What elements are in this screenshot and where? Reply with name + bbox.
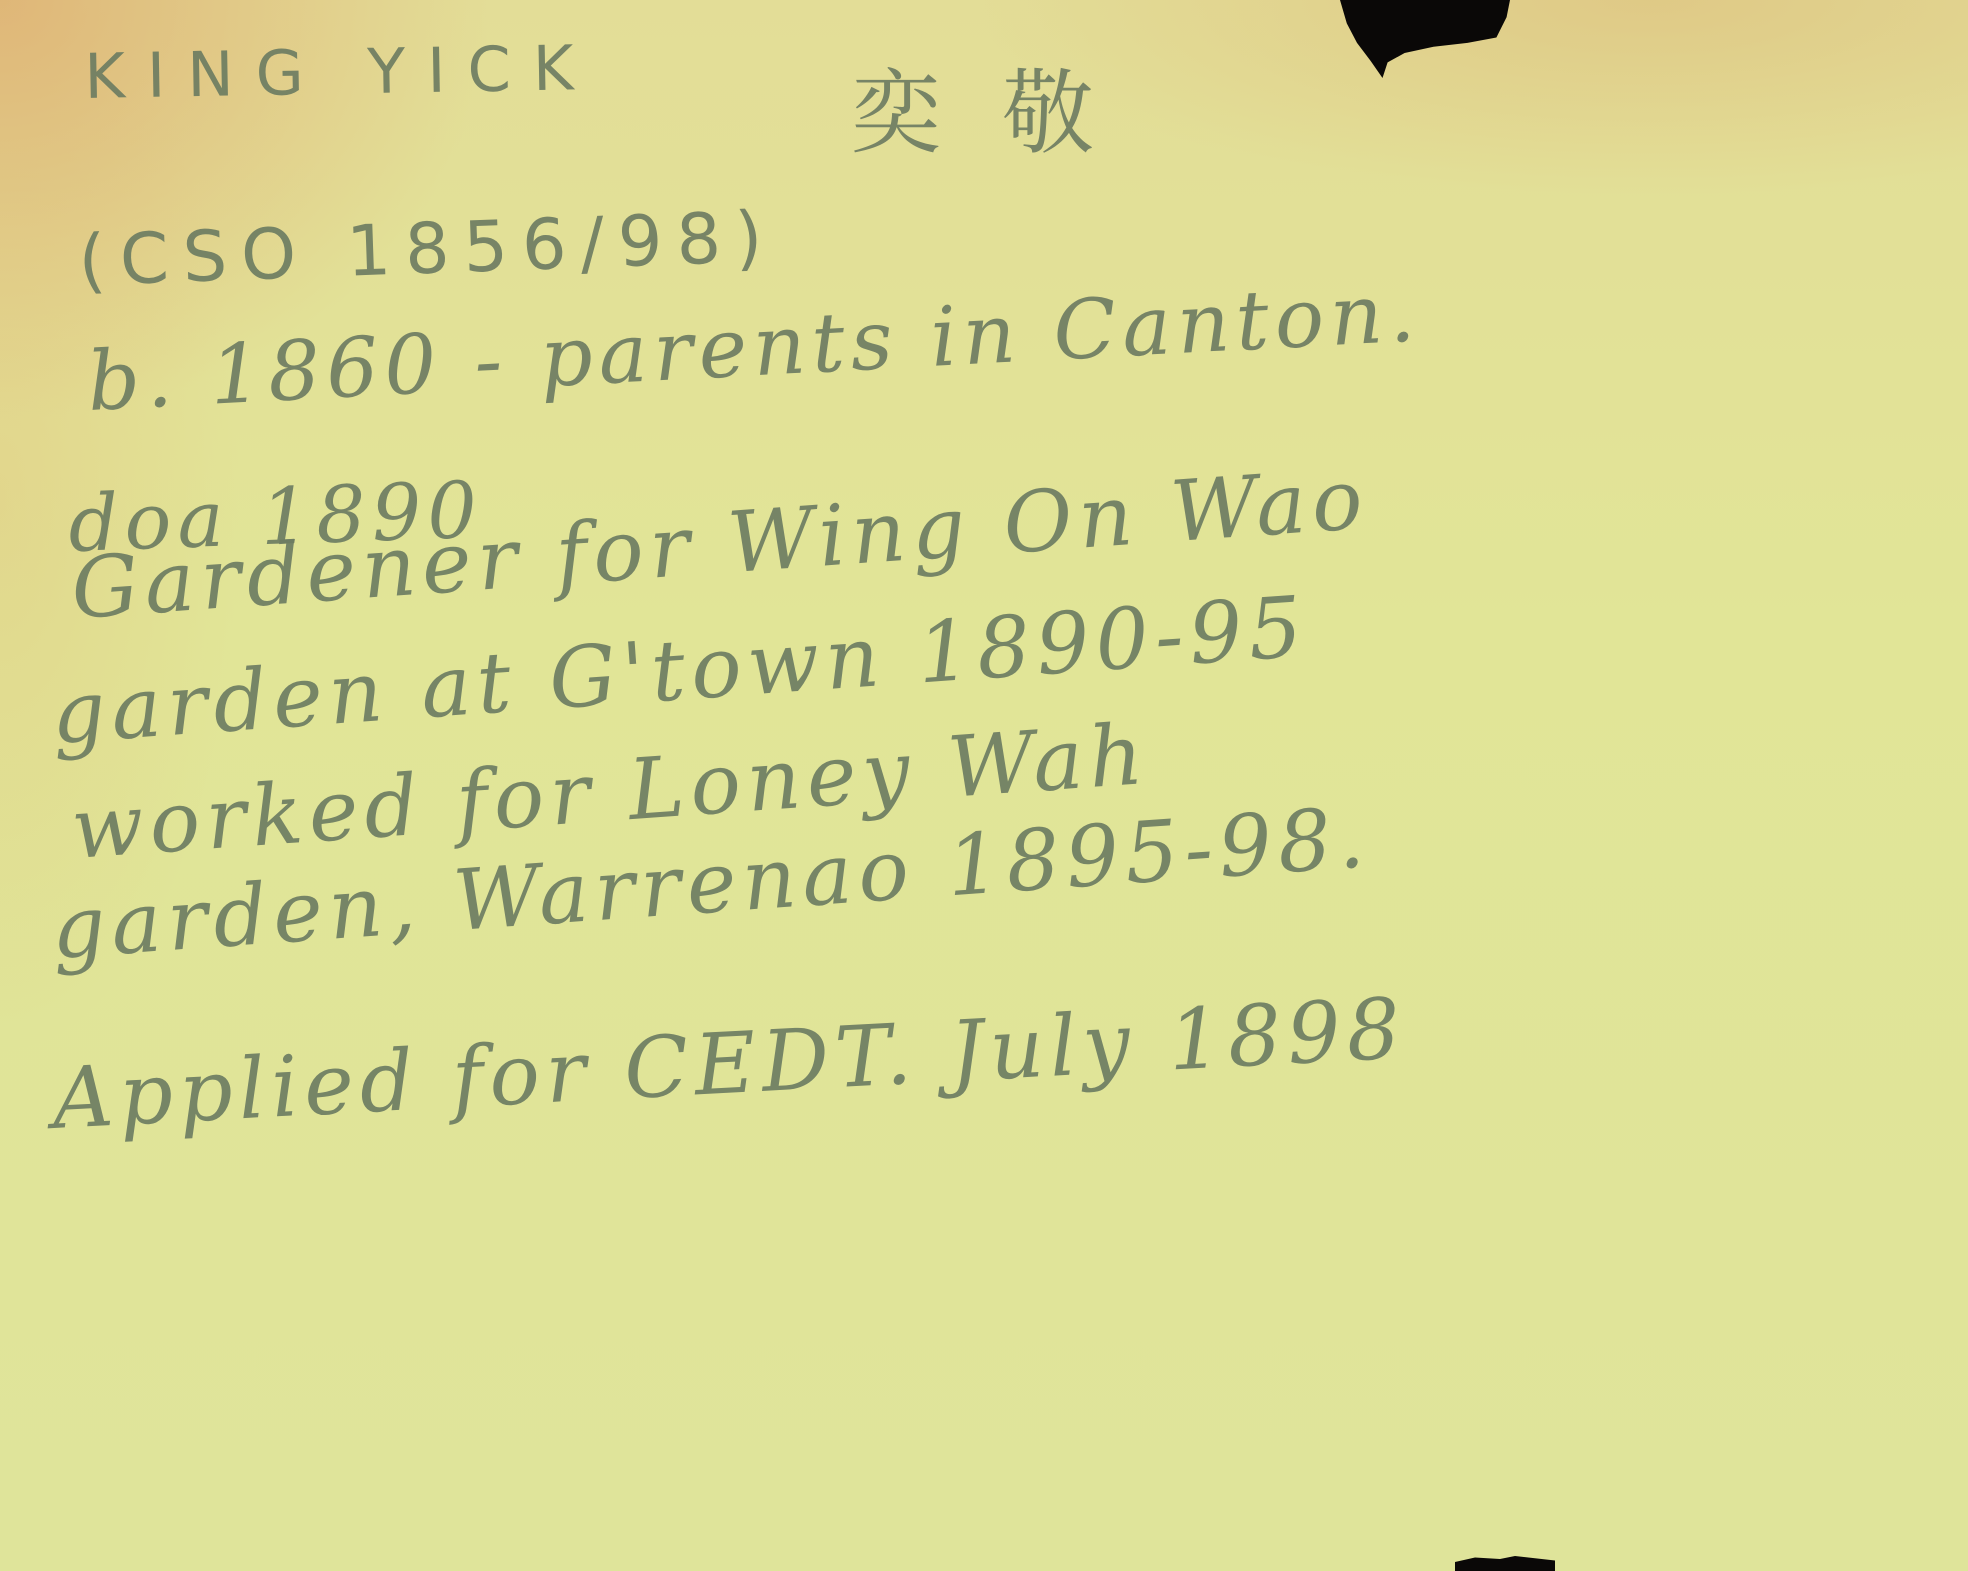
reference-number: (CSO 1856/98)	[77, 196, 778, 302]
application-line: Applied for CEDT. July 1898	[50, 979, 1409, 1148]
torn-edge-bottom	[1455, 1556, 1555, 1571]
index-card: KING YICK 奕敬 (CSO 1856/98) b. 1860 - par…	[0, 0, 1968, 1571]
name-romanized: KING YICK	[84, 31, 596, 113]
name-chinese: 奕敬	[850, 40, 1154, 172]
torn-corner-top	[1340, 0, 1510, 78]
